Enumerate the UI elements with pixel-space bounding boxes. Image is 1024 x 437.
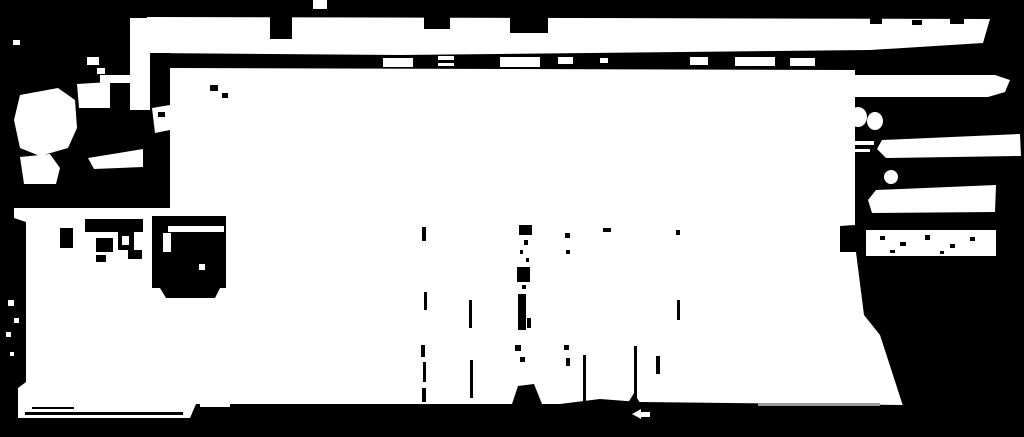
streak3-j [520, 357, 525, 362]
gap-dash-3 [438, 63, 454, 66]
gap-dash-7 [600, 58, 608, 63]
streak4-d [566, 358, 570, 366]
binarized-photo-scene [0, 0, 1024, 437]
strip-fleck-3 [950, 17, 964, 24]
band4-speckle-2 [900, 242, 906, 246]
band4-speckle-5 [970, 237, 975, 241]
streak8-a [676, 230, 680, 235]
streak3-g [518, 294, 526, 330]
band4-speckle-6 [890, 250, 895, 253]
streak1-a [422, 227, 426, 241]
corner-speck-1 [87, 57, 99, 65]
strip-bridge [130, 18, 150, 110]
band4-speckle-1 [880, 236, 885, 240]
under-band-mark-4 [96, 238, 113, 252]
streak4-b [566, 250, 570, 254]
under-band-hole [122, 236, 129, 245]
pocket-line [25, 412, 183, 415]
edge-speck-3 [6, 332, 11, 337]
streak3-i [515, 345, 521, 351]
band4-speckle-7 [940, 251, 944, 254]
corner-speck-3 [13, 40, 20, 45]
streak3-b [524, 240, 528, 245]
gap-dash-1 [383, 58, 413, 67]
mass-dash [603, 228, 611, 232]
gap-dash-9 [735, 57, 775, 66]
band4-speckle-3 [925, 235, 930, 240]
streak8-b [677, 300, 680, 320]
dark-block-slot-h [168, 226, 224, 232]
streak4-c [564, 345, 569, 350]
streak5 [583, 355, 586, 401]
dark-block-dot [199, 264, 205, 270]
gap-dash-5 [500, 57, 540, 67]
right-blob-2 [867, 112, 883, 130]
streak3-h [527, 318, 531, 328]
right-dot [884, 170, 898, 184]
cluster-blob-b [77, 82, 110, 108]
strip-fleck-2 [912, 20, 922, 25]
gap-dash-2 [438, 56, 454, 60]
streak4-a [565, 233, 570, 238]
cluster-top-patch [100, 75, 133, 83]
strip-notch-2 [424, 16, 450, 29]
top-edge-tab [313, 0, 327, 9]
band4-speckle-4 [950, 244, 955, 248]
under-band-mark-2 [85, 219, 143, 232]
streak1-e [422, 388, 426, 402]
dark-block-foot [160, 288, 220, 298]
right-band-4 [866, 230, 996, 256]
edge-speck-2 [14, 318, 19, 323]
ground-gray-line [758, 403, 880, 406]
corner-speck-2 [97, 68, 105, 74]
right-band-1 [845, 75, 1010, 97]
streak7 [656, 356, 660, 374]
cluster-blob-a [14, 88, 77, 156]
gap-dash-6 [558, 57, 573, 64]
streak3-f [522, 285, 526, 289]
under-band-mark-5 [96, 255, 106, 262]
under-band-mark-1 [60, 228, 73, 248]
streak6 [634, 346, 637, 401]
edge-speck-4 [10, 352, 14, 356]
streak1-c [421, 345, 425, 357]
dark-block-slot-v [163, 233, 171, 252]
strip-fleck-1 [870, 18, 882, 24]
cluster-blob-c-dot [158, 112, 165, 117]
ground-white-dash [200, 403, 230, 407]
mass-dot-2 [222, 93, 228, 98]
edge-speck-1 [8, 300, 14, 306]
right-band-2-dash-2 [846, 149, 870, 152]
under-band-mark-6 [128, 250, 142, 259]
screenshot-root [0, 0, 1024, 437]
streak3-e [517, 267, 530, 282]
strip-notch-1 [270, 15, 292, 39]
right-band-2-dash-1 [846, 141, 874, 145]
streak2-b [470, 360, 473, 398]
streak2-a [469, 300, 472, 328]
right-blob-1 [849, 107, 867, 127]
streak3-c [520, 250, 523, 254]
streak3-d [526, 258, 529, 262]
pocket-dash [32, 407, 74, 409]
streak1-d [423, 362, 426, 382]
strip-notch-3 [510, 17, 548, 33]
gap-dash-10 [790, 58, 815, 66]
gap-dash-8 [690, 57, 708, 65]
streak1-b [424, 292, 427, 310]
streak3-a [519, 225, 532, 235]
cluster-blob-c [152, 105, 170, 133]
bridge-black-patch [150, 53, 170, 110]
mass-dot-1 [210, 85, 218, 91]
